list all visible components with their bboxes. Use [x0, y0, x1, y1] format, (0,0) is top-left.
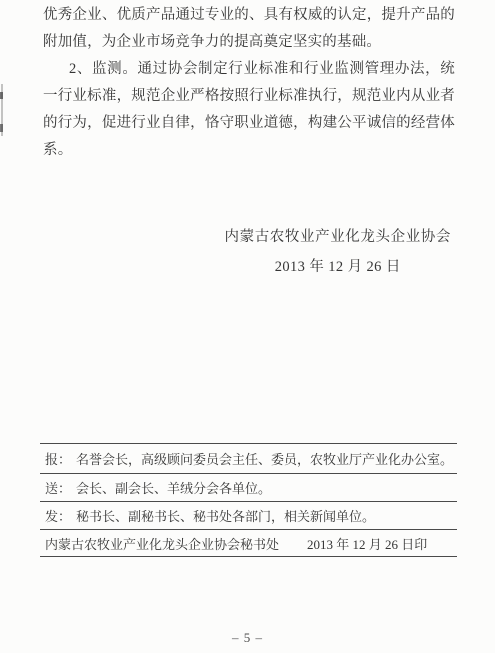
- scan-artifact-speck: [0, 92, 3, 99]
- distribution-row-issuer: 内蒙古农牧业产业化龙头企业协会秘书处 2013 年 12 月 26 日印: [40, 529, 457, 556]
- signature-block: 内蒙古农牧业产业化龙头企业协会 2013 年 12 月 26 日: [225, 226, 452, 279]
- body-line: 的行为，促进行业自律，恪守职业道德，构建公平诚信的经营体: [43, 110, 455, 137]
- distribution-row-label: 报：: [45, 449, 71, 468]
- distribution-row-text: 名誉会长，高级顾问委员会主任、委员，农牧业厅产业化办公室。: [76, 449, 453, 468]
- body-line: 系。: [43, 137, 455, 164]
- issuer-name: 内蒙古农牧业产业化龙头企业协会秘书处: [45, 534, 279, 553]
- distribution-row-report: 报： 名誉会长，高级顾问委员会主任、委员，农牧业厅产业化办公室。: [40, 443, 457, 473]
- body-line: 2、监测。通过协会制定行业标准和行业监测管理办法，统: [43, 56, 455, 83]
- body-line: 附加值，为企业市场竞争力的提高奠定坚实的基础。: [43, 29, 455, 56]
- scan-artifact-speck: [0, 124, 3, 132]
- page-number: – 5 –: [0, 629, 495, 646]
- distribution-row-label: 送：: [45, 478, 71, 497]
- body-line: 优秀企业、优质产品通过专业的、具有权威的认定，提升产品的: [43, 2, 455, 29]
- body-line: 一行业标准，规范企业严格按照行业标准执行，规范业内从业者: [43, 83, 455, 110]
- distribution-row-issue: 发： 秘书长、副秘书长、秘书处各部门，相关新闻单位。: [40, 501, 457, 529]
- distribution-row-text: 秘书长、副秘书长、秘书处各部门，相关新闻单位。: [76, 506, 375, 525]
- distribution-row-label: 发：: [45, 506, 71, 525]
- body-text: 优秀企业、优质产品通过专业的、具有权威的认定，提升产品的 附加值，为企业市场竞争…: [43, 2, 455, 164]
- distribution-row-text: 会长、副会长、羊绒分会各单位。: [76, 478, 271, 497]
- document-page: 优秀企业、优质产品通过专业的、具有权威的认定，提升产品的 附加值，为企业市场竞争…: [0, 0, 495, 653]
- signature-organization: 内蒙古农牧业产业化龙头企业协会: [225, 226, 452, 249]
- print-date: 2013 年 12 月 26 日印: [307, 534, 427, 553]
- distribution-table: 报： 名誉会长，高级顾问委员会主任、委员，农牧业厅产业化办公室。 送： 会长、副…: [40, 443, 457, 557]
- distribution-row-send: 送： 会长、副会长、羊绒分会各单位。: [40, 473, 457, 501]
- signature-date: 2013 年 12 月 26 日: [225, 256, 452, 279]
